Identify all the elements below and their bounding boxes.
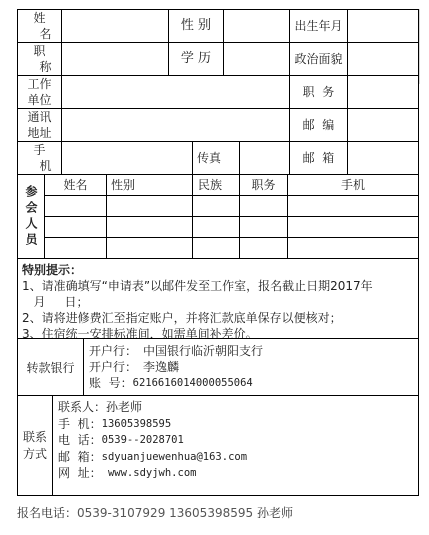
position-label-text: 职 务	[303, 84, 335, 100]
participants-header-position: 职务	[239, 174, 288, 196]
bank-branch-value: 中国银行临沂朝阳支行	[143, 343, 263, 359]
name-label-line2: 名	[27, 26, 51, 42]
bank-branch-key: 开户行：	[89, 343, 137, 359]
contact-email-key: 邮 箱：	[58, 449, 102, 466]
participant-3-mobile[interactable]	[287, 237, 419, 259]
bank-label-cell: 转款银行	[17, 338, 84, 396]
name-field[interactable]	[61, 9, 169, 43]
participant-1-name[interactable]	[44, 195, 107, 217]
contact-mobile-key: 手 机：	[58, 416, 102, 433]
notes-item-1: 1、请准确填写“申请表”以邮件发至工作室，报名截止日期2017年	[22, 278, 414, 294]
bank-details: 开户行： 中国银行临沂朝阳支行 开户行： 李逸麟 账 号： 6216616014…	[83, 338, 419, 396]
address-label-line2: 地址	[27, 125, 51, 141]
participants-section-label: 参会人员	[17, 174, 45, 259]
participant-3-name[interactable]	[44, 237, 107, 259]
workplace-label: 工作 单位	[17, 75, 62, 109]
contact-mobile-value: 13605398595	[102, 416, 172, 433]
participants-header-gender: 性别	[106, 174, 193, 196]
gender-field[interactable]	[223, 9, 290, 43]
mobile-label-line1: 手	[33, 142, 45, 158]
title-label-line2: 称	[27, 59, 51, 75]
participants-label-text: 参会人员	[23, 185, 39, 249]
contact-person-value: 孙老师	[106, 399, 142, 416]
birth-field[interactable]	[347, 9, 419, 43]
title-label-line1: 职	[33, 43, 45, 59]
birth-label: 出生年月	[289, 9, 348, 43]
contact-label-line2: 方式	[23, 446, 47, 463]
bank-line-account: 账 号： 6216616014000055064	[89, 375, 413, 391]
participant-2-position[interactable]	[239, 216, 288, 238]
participant-1-position[interactable]	[239, 195, 288, 217]
position-field[interactable]	[347, 75, 419, 109]
notes-item-2: 2、请将进修费汇至指定账户，并将汇款底单保存以便核对；	[22, 310, 414, 326]
participant-3-ethnicity[interactable]	[192, 237, 240, 259]
contact-line-website: 网 址： www.sdyjwh.com	[58, 465, 413, 482]
workplace-label-line1: 工作	[27, 76, 51, 92]
footer-person: 孙老师	[257, 506, 293, 520]
bank-line-holder: 开户行： 李逸麟	[89, 359, 413, 375]
participant-3-position[interactable]	[239, 237, 288, 259]
fax-label: 传真	[192, 141, 240, 175]
bank-line-branch: 开户行： 中国银行临沂朝阳支行	[89, 343, 413, 359]
email-label-text: 邮 箱	[303, 150, 335, 166]
title-field[interactable]	[61, 42, 169, 76]
gender-label: 性 别	[168, 9, 224, 43]
participant-2-ethnicity[interactable]	[192, 216, 240, 238]
contact-line-phone: 电 话： 0539--2028701	[58, 432, 413, 449]
contact-email-link[interactable]: sdyuanjuewenhua@163.com	[102, 449, 247, 466]
contact-details: 联系人： 孙老师 手 机： 13605398595 电 话： 0539--202…	[52, 395, 419, 496]
participant-2-mobile[interactable]	[287, 216, 419, 238]
participant-1-gender[interactable]	[106, 195, 193, 217]
participant-1-ethnicity[interactable]	[192, 195, 240, 217]
name-label-line1: 姓	[33, 10, 45, 26]
bank-holder-key: 开户行：	[89, 359, 137, 375]
email-field[interactable]	[347, 141, 419, 175]
contact-person-key: 联系人：	[58, 399, 106, 416]
education-field[interactable]	[223, 42, 290, 76]
participant-3-gender[interactable]	[106, 237, 193, 259]
mobile-label: 手 机	[17, 141, 62, 175]
postcode-field[interactable]	[347, 108, 419, 142]
address-label: 通讯 地址	[17, 108, 62, 142]
page-edge-shadow	[419, 9, 420, 84]
position-label: 职 务	[289, 75, 348, 109]
education-label: 学 历	[168, 42, 224, 76]
political-label: 政治面貌	[289, 42, 348, 76]
contact-website-key: 网 址：	[58, 465, 102, 482]
contact-label-cell: 联系 方式	[17, 395, 53, 496]
mobile-label-line2: 机	[27, 158, 51, 174]
footer-label: 报名电话：	[17, 506, 77, 520]
notes-title: 特别提示：	[22, 262, 414, 278]
participants-header-mobile: 手机	[287, 174, 419, 196]
workplace-label-line2: 单位	[27, 92, 51, 108]
participants-header-ethnicity: 民族	[192, 174, 240, 196]
contact-phone-value: 0539--2028701	[102, 432, 184, 449]
notes-item-1-cont: 月 日；	[22, 294, 414, 310]
workplace-field[interactable]	[61, 75, 290, 109]
address-label-line1: 通讯	[27, 109, 51, 125]
contact-line-person: 联系人： 孙老师	[58, 399, 413, 416]
fax-field[interactable]	[239, 141, 290, 175]
contact-line-mobile: 手 机： 13605398595	[58, 416, 413, 433]
address-field[interactable]	[61, 108, 290, 142]
postcode-label-text: 邮 编	[303, 117, 335, 133]
contact-line-email: 邮 箱： sdyuanjuewenhua@163.com	[58, 449, 413, 466]
registration-phone: 报名电话：0539-3107929 13605398595 孙老师	[17, 504, 293, 521]
special-notes: 特别提示： 1、请准确填写“申请表”以邮件发至工作室，报名截止日期2017年 月…	[17, 258, 419, 339]
contact-label-line1: 联系	[23, 429, 47, 446]
contact-phone-key: 电 话：	[58, 432, 102, 449]
contact-website-link[interactable]: www.sdyjwh.com	[102, 465, 197, 482]
email-label: 邮 箱	[289, 141, 348, 175]
bank-account-key: 账 号：	[89, 375, 133, 391]
title-label: 职 称	[17, 42, 62, 76]
participant-2-name[interactable]	[44, 216, 107, 238]
political-field[interactable]	[347, 42, 419, 76]
bank-label: 转款银行	[26, 359, 74, 376]
participants-header-name: 姓名	[44, 174, 107, 196]
participant-1-mobile[interactable]	[287, 195, 419, 217]
bank-holder-value: 李逸麟	[143, 359, 179, 375]
name-label: 姓 名	[17, 9, 62, 43]
mobile-field[interactable]	[61, 141, 193, 175]
participant-2-gender[interactable]	[106, 216, 193, 238]
postcode-label: 邮 编	[289, 108, 348, 142]
bank-account-value: 6216616014000055064	[133, 375, 253, 391]
footer-numbers: 0539-3107929 13605398595	[77, 506, 253, 520]
